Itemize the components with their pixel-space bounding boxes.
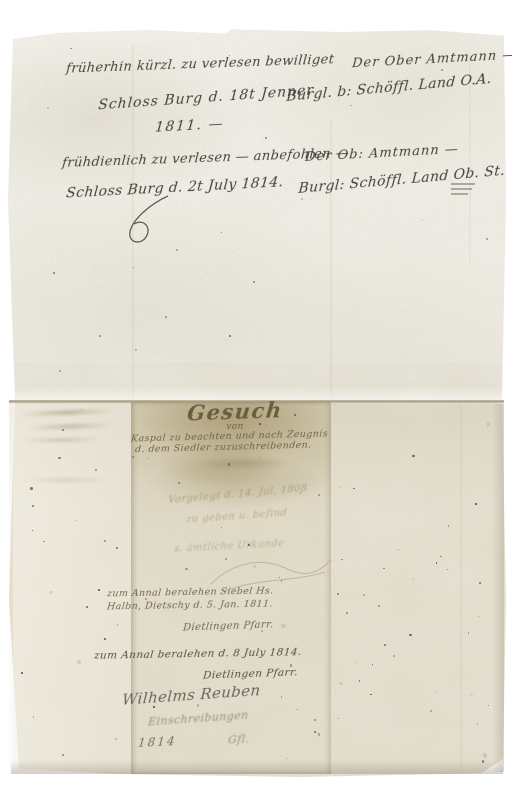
paper-sheet [7, 29, 506, 777]
historical-document-scan: früherhin kürzl. zu verlesen bewilliget … [0, 0, 512, 790]
paper-grain-texture [7, 29, 506, 777]
